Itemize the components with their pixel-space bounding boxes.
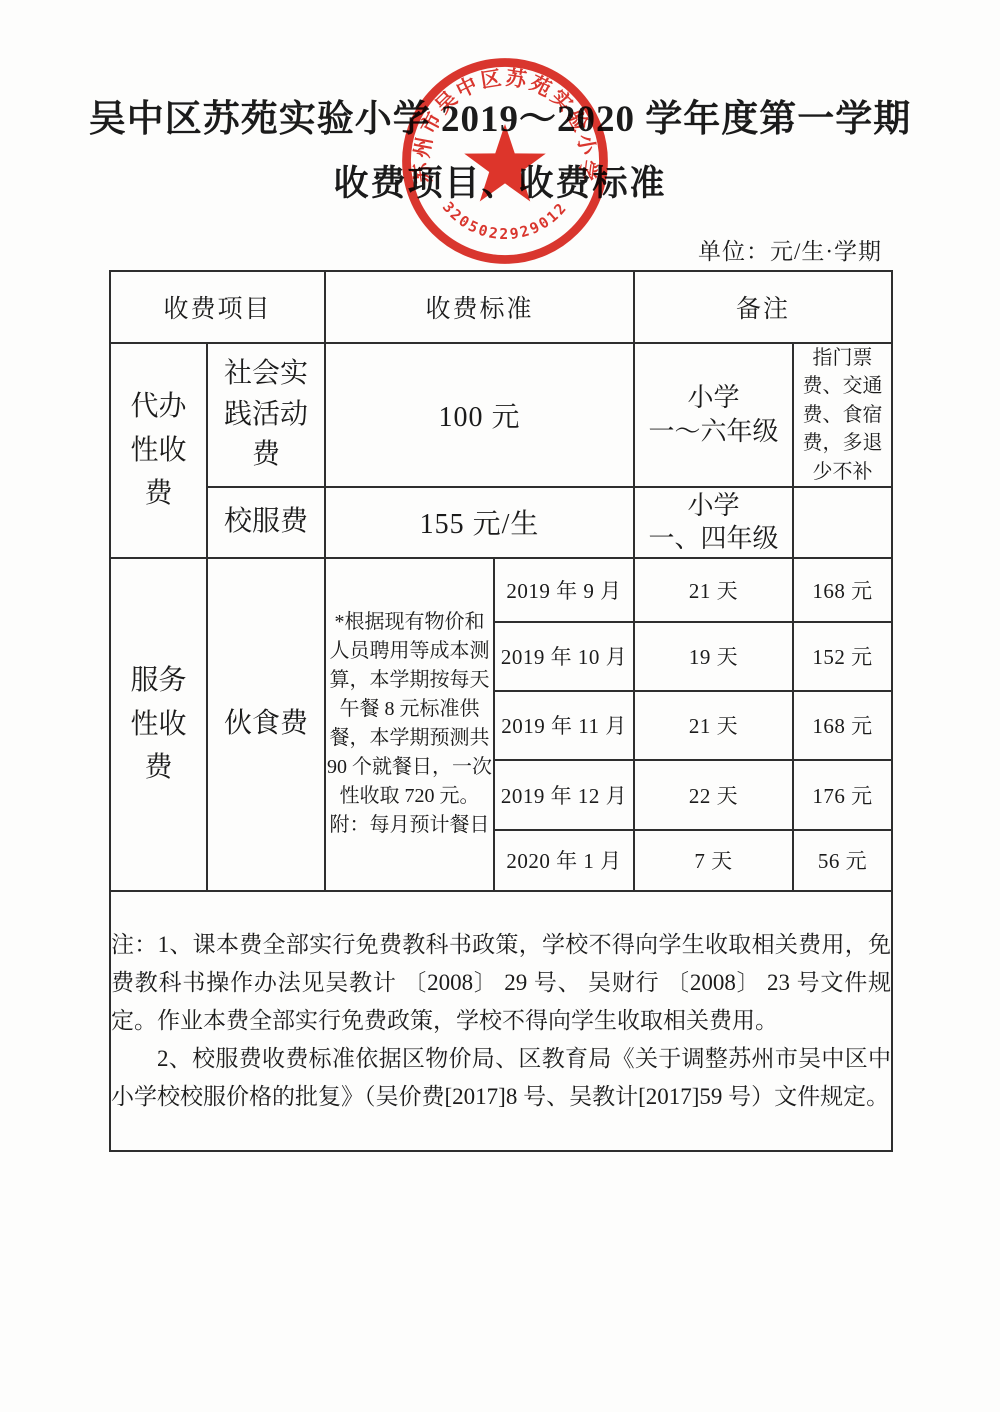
category-daiban-label: 代办性收费 [126, 385, 190, 515]
standard-uniform: 155 元/生 [325, 487, 634, 558]
header-fee-item: 收费项目 [110, 271, 325, 343]
scanned-document-page: 吴中区苏苑实验小学 2019～2020 学年度第一学期 收费项目、收费标准 单位… [0, 0, 1000, 1412]
standard-social-practice: 100 元 [325, 343, 634, 487]
table-header-row: 收费项目 收费标准 备注 [110, 271, 892, 343]
category-daiban: 代办性收费 [110, 343, 207, 558]
note-paragraph-2: 2、校服费收费标准依据区物价局、区教育局《关于调整苏州市吴中区中小学校校服价格的… [111, 1040, 891, 1116]
remark-social-practice: 指门票费、交通费、食宿费，多退少不补 [793, 343, 892, 487]
meal-amount: 152 元 [793, 622, 892, 691]
title-line-2: 收费项目、收费标准 [0, 165, 1000, 204]
item-social-practice: 社会实践活动费 [207, 343, 325, 487]
meal-amount: 56 元 [793, 830, 892, 891]
meal-days: 21 天 [634, 558, 793, 622]
meal-month: 2020 年 1 月 [494, 830, 634, 891]
item-social-practice-label: 社会实践活动费 [218, 354, 313, 476]
meal-days: 19 天 [634, 622, 793, 691]
document-title: 吴中区苏苑实验小学 2019～2020 学年度第一学期 收费项目、收费标准 [0, 100, 1000, 203]
meal-amount: 168 元 [793, 691, 892, 760]
meal-month: 2019 年 12 月 [494, 760, 634, 830]
header-fee-standard: 收费标准 [325, 271, 634, 343]
meal-days: 7 天 [634, 830, 793, 891]
category-fuwu: 服务性收费 [110, 558, 207, 891]
note-paragraph-1: 注：1、课本费全部实行免费教科书政策，学校不得向学生收取相关费用，免费教科书操作… [111, 926, 891, 1040]
scope-uniform: 小学 一、四年级 [634, 487, 793, 558]
item-uniform: 校服费 [207, 487, 325, 558]
meal-month: 2019 年 10 月 [494, 622, 634, 691]
unit-label: 单位：元/生·学期 [698, 233, 882, 266]
item-meal: 伙食费 [207, 558, 325, 891]
meal-days: 22 天 [634, 760, 793, 830]
meal-amount: 176 元 [793, 760, 892, 830]
meal-cost-note: *根据现有物价和人员聘用等成本测算，本学期按每天午餐 8 元标准供餐，本学期预测… [325, 558, 494, 891]
table-row: 服务性收费 伙食费 *根据现有物价和人员聘用等成本测算，本学期按每天午餐 8 元… [110, 558, 892, 622]
seal-serial-number: 3205022929012 [439, 199, 571, 243]
scope-social-practice: 小学 一～六年级 [634, 343, 793, 487]
category-fuwu-label: 服务性收费 [126, 659, 190, 789]
title-line-1: 吴中区苏苑实验小学 2019～2020 学年度第一学期 [0, 100, 1000, 141]
meal-days: 21 天 [634, 691, 793, 760]
header-remark: 备注 [634, 271, 892, 343]
notes-row: 注：1、课本费全部实行免费教科书政策，学校不得向学生收取相关费用，免费教科书操作… [110, 891, 892, 1151]
fee-table: 收费项目 收费标准 备注 代办性收费 社会实践活动费 100 元 小学 一～六年… [109, 270, 893, 1152]
meal-month: 2019 年 9 月 [494, 558, 634, 622]
meal-amount: 168 元 [793, 558, 892, 622]
notes-cell: 注：1、课本费全部实行免费教科书政策，学校不得向学生收取相关费用，免费教科书操作… [110, 891, 892, 1151]
svg-text:3205022929012: 3205022929012 [439, 199, 571, 243]
table-row: 代办性收费 社会实践活动费 100 元 小学 一～六年级 指门票费、交通费、食宿… [110, 343, 892, 487]
table-row: 校服费 155 元/生 小学 一、四年级 [110, 487, 892, 558]
meal-month: 2019 年 11 月 [494, 691, 634, 760]
remark-uniform-empty [793, 487, 892, 558]
